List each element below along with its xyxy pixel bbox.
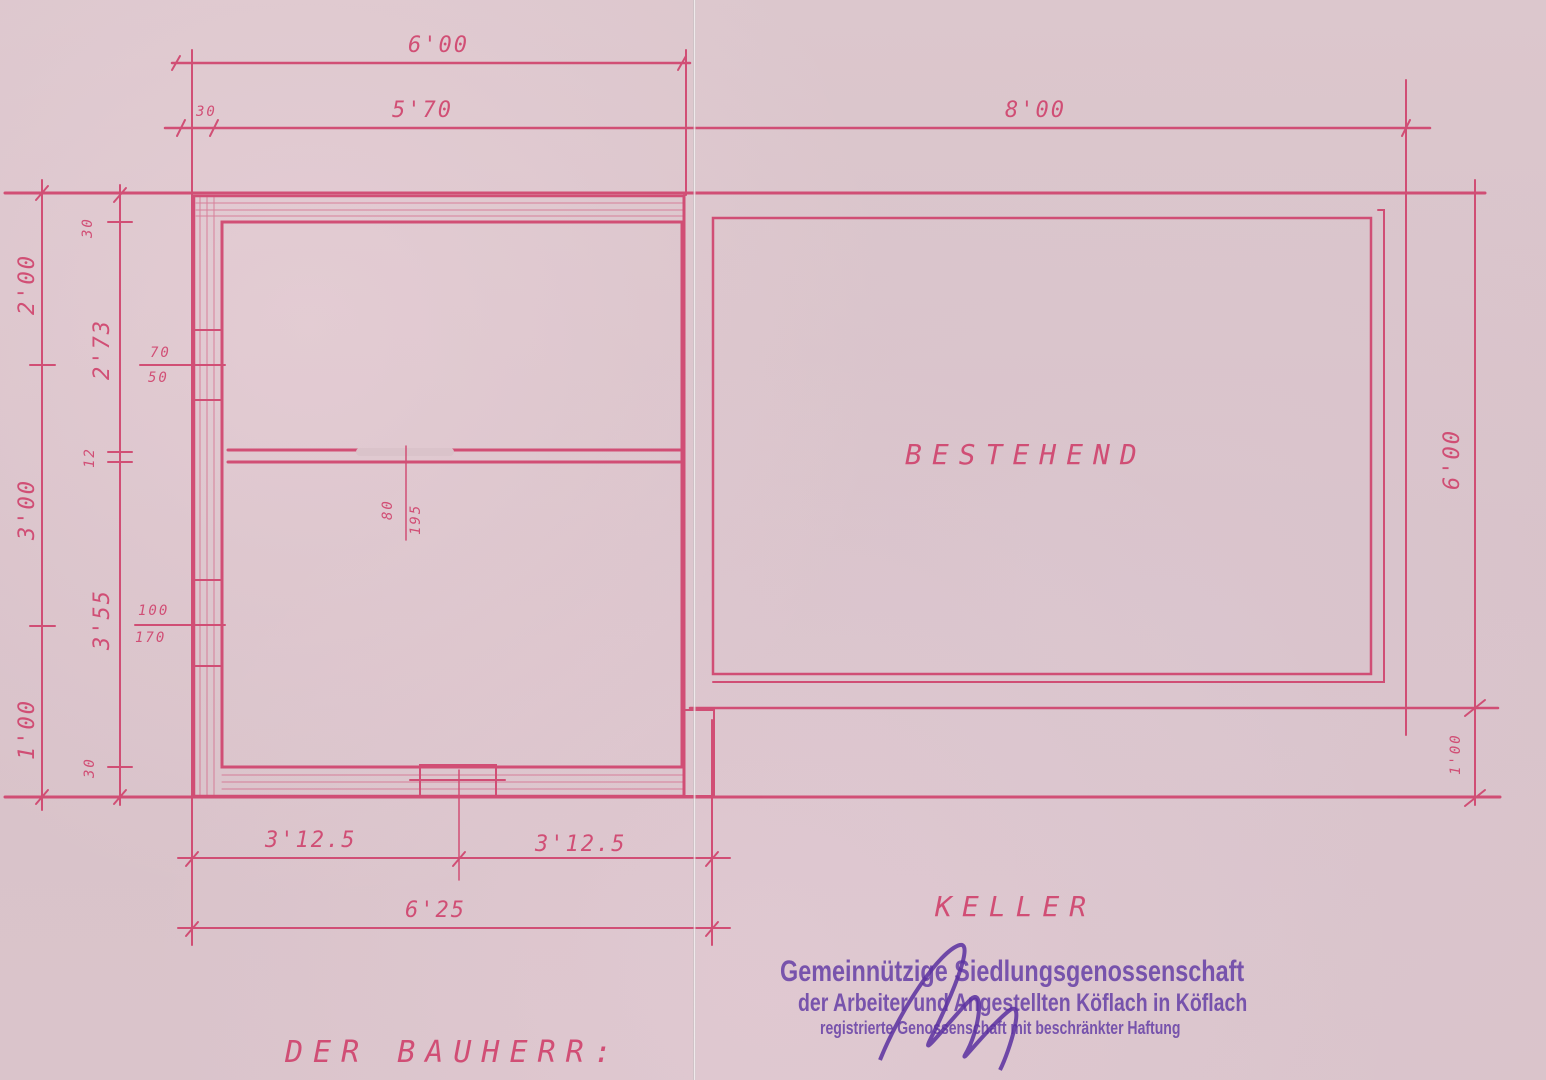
dim-left-partition: 12 xyxy=(82,447,98,468)
dim-left-inner-upper: 2'73 xyxy=(90,319,115,380)
dim-bottom-right: 3'12.5 xyxy=(535,832,626,857)
window-lower-width: 100 xyxy=(138,603,169,619)
handwritten-signature xyxy=(860,930,1060,1080)
dim-top-right: 8'00 xyxy=(1005,98,1066,123)
dim-top-overall: 6'00 xyxy=(408,33,469,58)
label-existing-building: BESTEHEND xyxy=(905,438,1147,471)
paper-fold-line xyxy=(693,0,696,1080)
dim-left-outer-top: 2'00 xyxy=(15,254,40,315)
dim-top-inner: 5'70 xyxy=(392,98,453,123)
door-partition-width: 80 xyxy=(380,499,396,520)
dim-right-small: 1'00 xyxy=(1448,733,1464,775)
dim-bottom-left: 3'12.5 xyxy=(265,828,356,853)
dim-left-inner-lower: 3'55 xyxy=(90,589,115,650)
dim-left-outer-bottom: 1'00 xyxy=(15,699,40,760)
window-upper-height: 50 xyxy=(148,370,169,386)
label-room-title: KELLER xyxy=(935,890,1096,923)
dim-top-wall: 30 xyxy=(196,104,217,120)
dim-left-outer-mid: 3'00 xyxy=(15,479,40,540)
dim-left-wall-bottom: 30 xyxy=(82,757,98,778)
dim-right-height: 6'00 xyxy=(1440,429,1465,490)
dim-left-wall-top: 30 xyxy=(80,217,96,238)
window-upper-width: 70 xyxy=(150,345,171,361)
dim-bottom-overall: 6'25 xyxy=(405,898,466,923)
label-builder-signature: DER BAUHERR: xyxy=(285,1035,622,1070)
door-partition-height: 195 xyxy=(408,504,424,535)
floor-plan-drawing xyxy=(0,0,1546,1080)
window-lower-height: 170 xyxy=(135,630,166,646)
